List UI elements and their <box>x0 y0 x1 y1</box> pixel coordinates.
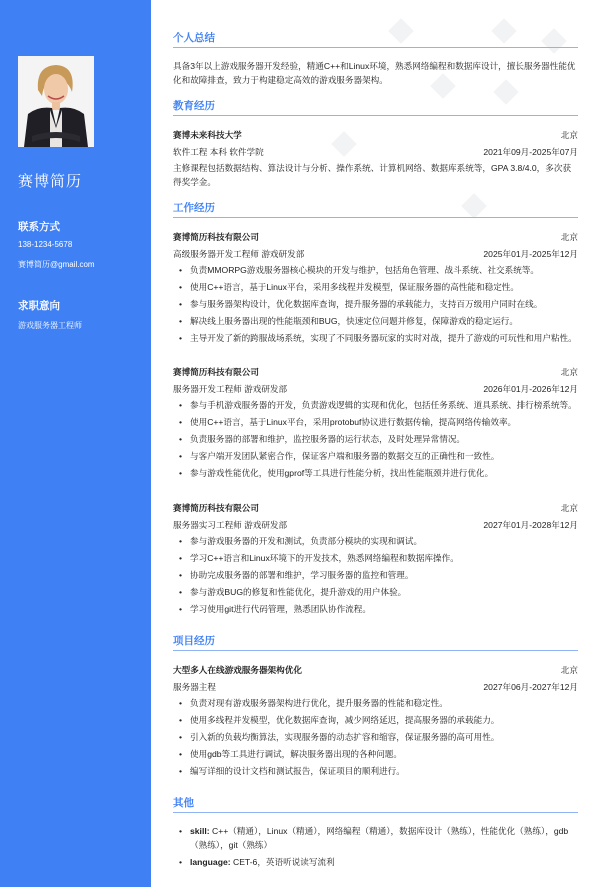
job-dates: 2025年01月-2025年12月 <box>483 248 578 260</box>
project-name: 大型多人在线游戏服务器架构优化 <box>173 664 302 676</box>
summary-text: 具备3年以上游戏服务器开发经验，精通C++和Linux环境，熟悉网络编程和数据库… <box>173 59 578 87</box>
education-desc: 主修课程包括数据结构、算法设计与分析、操作系统、计算机网络、数据库系统等，GPA… <box>173 161 578 189</box>
education-subheader: 软件工程 本科 软件学院 2021年09月-2025年07月 <box>173 146 578 158</box>
language-item: language: CET-6，英语听说读写流利 <box>173 855 578 869</box>
skill-value: C++（精通），Linux（精通），网络编程（精通），数据库设计（熟练），性能优… <box>190 826 568 850</box>
job-bullets: 参与游戏服务器的开发和测试，负责部分模块的实现和调试。 学习C++语言和Linu… <box>173 534 578 619</box>
list-item: 协助完成服务器的部署和维护，学习服务器的监控和管理。 <box>173 568 578 582</box>
school-name: 赛博未来科技大学 <box>173 129 242 141</box>
project-header: 大型多人在线游戏服务器架构优化 北京 <box>173 664 578 676</box>
school-location: 北京 <box>561 129 578 141</box>
list-item: 参与服务器架构设计，优化数据库查询，提升服务器的承载能力，支持百万级用户同时在线… <box>173 297 578 311</box>
job-dates: 2027年01月-2028年12月 <box>483 519 578 531</box>
language-value: CET-6，英语听说读写流利 <box>231 857 335 867</box>
work-section-title: 工作经历 <box>173 200 578 218</box>
phone-text: 138-1234-5678 <box>18 240 72 249</box>
job-role: 服务器开发工程师 游戏研发部 <box>173 383 287 395</box>
list-item: 参与游戏BUG的修复和性能优化，提升游戏的用户体验。 <box>173 585 578 599</box>
degree-text: 软件工程 本科 软件学院 <box>173 146 264 158</box>
project-dates: 2027年06月-2027年12月 <box>483 681 578 693</box>
skill-key: skill: <box>190 826 210 836</box>
job-role: 服务器实习工程师 游戏研发部 <box>173 519 287 531</box>
intent-text: 游戏服务器工程师 <box>18 320 82 331</box>
education-header: 赛博未来科技大学 北京 <box>173 129 578 141</box>
skill-item: skill: C++（精通），Linux（精通），网络编程（精通），数据库设计（… <box>173 824 578 852</box>
job-subheader: 服务器实习工程师 游戏研发部 2027年01月-2028年12月 <box>173 519 578 531</box>
list-item: 参与手机游戏服务器的开发，负责游戏逻辑的实现和优化，包括任务系统、道具系统、排行… <box>173 398 578 412</box>
summary-section-title: 个人总结 <box>173 30 578 48</box>
education-dates: 2021年09月-2025年07月 <box>483 146 578 158</box>
other-section-title: 其他 <box>173 795 578 813</box>
list-item: 学习使用git进行代码管理，熟悉团队协作流程。 <box>173 602 578 616</box>
sidebar: 赛博简历 联系方式 138-1234-5678 赛博简历@gmail.com 求… <box>0 0 151 887</box>
project-subheader: 服务器主程 2027年06月-2027年12月 <box>173 681 578 693</box>
list-item: 使用多线程并发模型，优化数据库查询，减少网络延迟，提高服务器的承载能力。 <box>173 713 578 727</box>
list-item: 学习C++语言和Linux环境下的开发技术，熟悉网络编程和数据库操作。 <box>173 551 578 565</box>
projects-section-title: 项目经历 <box>173 633 578 651</box>
list-item: 编写详细的设计文档和测试报告，保证项目的顺利进行。 <box>173 764 578 778</box>
list-item: 负责MMORPG游戏服务器核心模块的开发与维护，包括角色管理、战斗系统、社交系统… <box>173 263 578 277</box>
intent-heading: 求职意向 <box>18 298 60 313</box>
job-bullets: 负责MMORPG游戏服务器核心模块的开发与维护，包括角色管理、战斗系统、社交系统… <box>173 263 578 348</box>
job-subheader: 高级服务器开发工程师 游戏研发部 2025年01月-2025年12月 <box>173 248 578 260</box>
list-item: 使用gdb等工具进行调试，解决服务器出现的各种问题。 <box>173 747 578 761</box>
avatar-icon <box>18 56 94 147</box>
job-location: 北京 <box>561 366 578 378</box>
list-item: 解决线上服务器出现的性能瓶颈和BUG，快速定位问题并修复，保障游戏的稳定运行。 <box>173 314 578 328</box>
other-bullets: skill: C++（精通），Linux（精通），网络编程（精通），数据库设计（… <box>173 824 578 872</box>
list-item: 参与游戏服务器的开发和测试，负责部分模块的实现和调试。 <box>173 534 578 548</box>
list-item: 引入新的负载均衡算法，实现服务器的动态扩容和缩容，保证服务器的高可用性。 <box>173 730 578 744</box>
project-location: 北京 <box>561 664 578 676</box>
name-heading: 赛博简历 <box>18 170 82 191</box>
list-item: 主导开发了新的跨服战场系统，实现了不同服务器玩家的实时对战，提升了游戏的可玩性和… <box>173 331 578 345</box>
education-section-title: 教育经历 <box>173 98 578 116</box>
list-item: 参与游戏性能优化，使用gprof等工具进行性能分析，找出性能瓶颈并进行优化。 <box>173 466 578 480</box>
job-dates: 2026年01月-2026年12月 <box>483 383 578 395</box>
list-item: 使用C++语言，基于Linux平台，采用protobuf协议进行数据传输，提高网… <box>173 415 578 429</box>
language-key: language: <box>190 857 231 867</box>
company-name: 赛博简历科技有限公司 <box>173 231 259 243</box>
list-item: 负责服务器的部署和维护，监控服务器的运行状态，及时处理异常情况。 <box>173 432 578 446</box>
list-item: 使用C++语言，基于Linux平台，采用多线程并发模型，保证服务器的高性能和稳定… <box>173 280 578 294</box>
job-header: 赛博简历科技有限公司 北京 <box>173 366 578 378</box>
job-location: 北京 <box>561 502 578 514</box>
project-role: 服务器主程 <box>173 681 216 693</box>
job-subheader: 服务器开发工程师 游戏研发部 2026年01月-2026年12月 <box>173 383 578 395</box>
company-name: 赛博简历科技有限公司 <box>173 502 259 514</box>
job-role: 高级服务器开发工程师 游戏研发部 <box>173 248 304 260</box>
contact-heading: 联系方式 <box>18 219 60 234</box>
project-bullets: 负责对现有游戏服务器架构进行优化，提升服务器的性能和稳定性。 使用多线程并发模型… <box>173 696 578 781</box>
company-name: 赛博简历科技有限公司 <box>173 366 259 378</box>
list-item: 负责对现有游戏服务器架构进行优化，提升服务器的性能和稳定性。 <box>173 696 578 710</box>
job-location: 北京 <box>561 231 578 243</box>
profile-photo <box>18 56 94 147</box>
list-item: 与客户端开发团队紧密合作，保证客户端和服务器的数据交互的正确性和一致性。 <box>173 449 578 463</box>
job-header: 赛博简历科技有限公司 北京 <box>173 231 578 243</box>
email-text: 赛博简历@gmail.com <box>18 259 95 270</box>
job-bullets: 参与手机游戏服务器的开发，负责游戏逻辑的实现和优化，包括任务系统、道具系统、排行… <box>173 398 578 483</box>
job-header: 赛博简历科技有限公司 北京 <box>173 502 578 514</box>
